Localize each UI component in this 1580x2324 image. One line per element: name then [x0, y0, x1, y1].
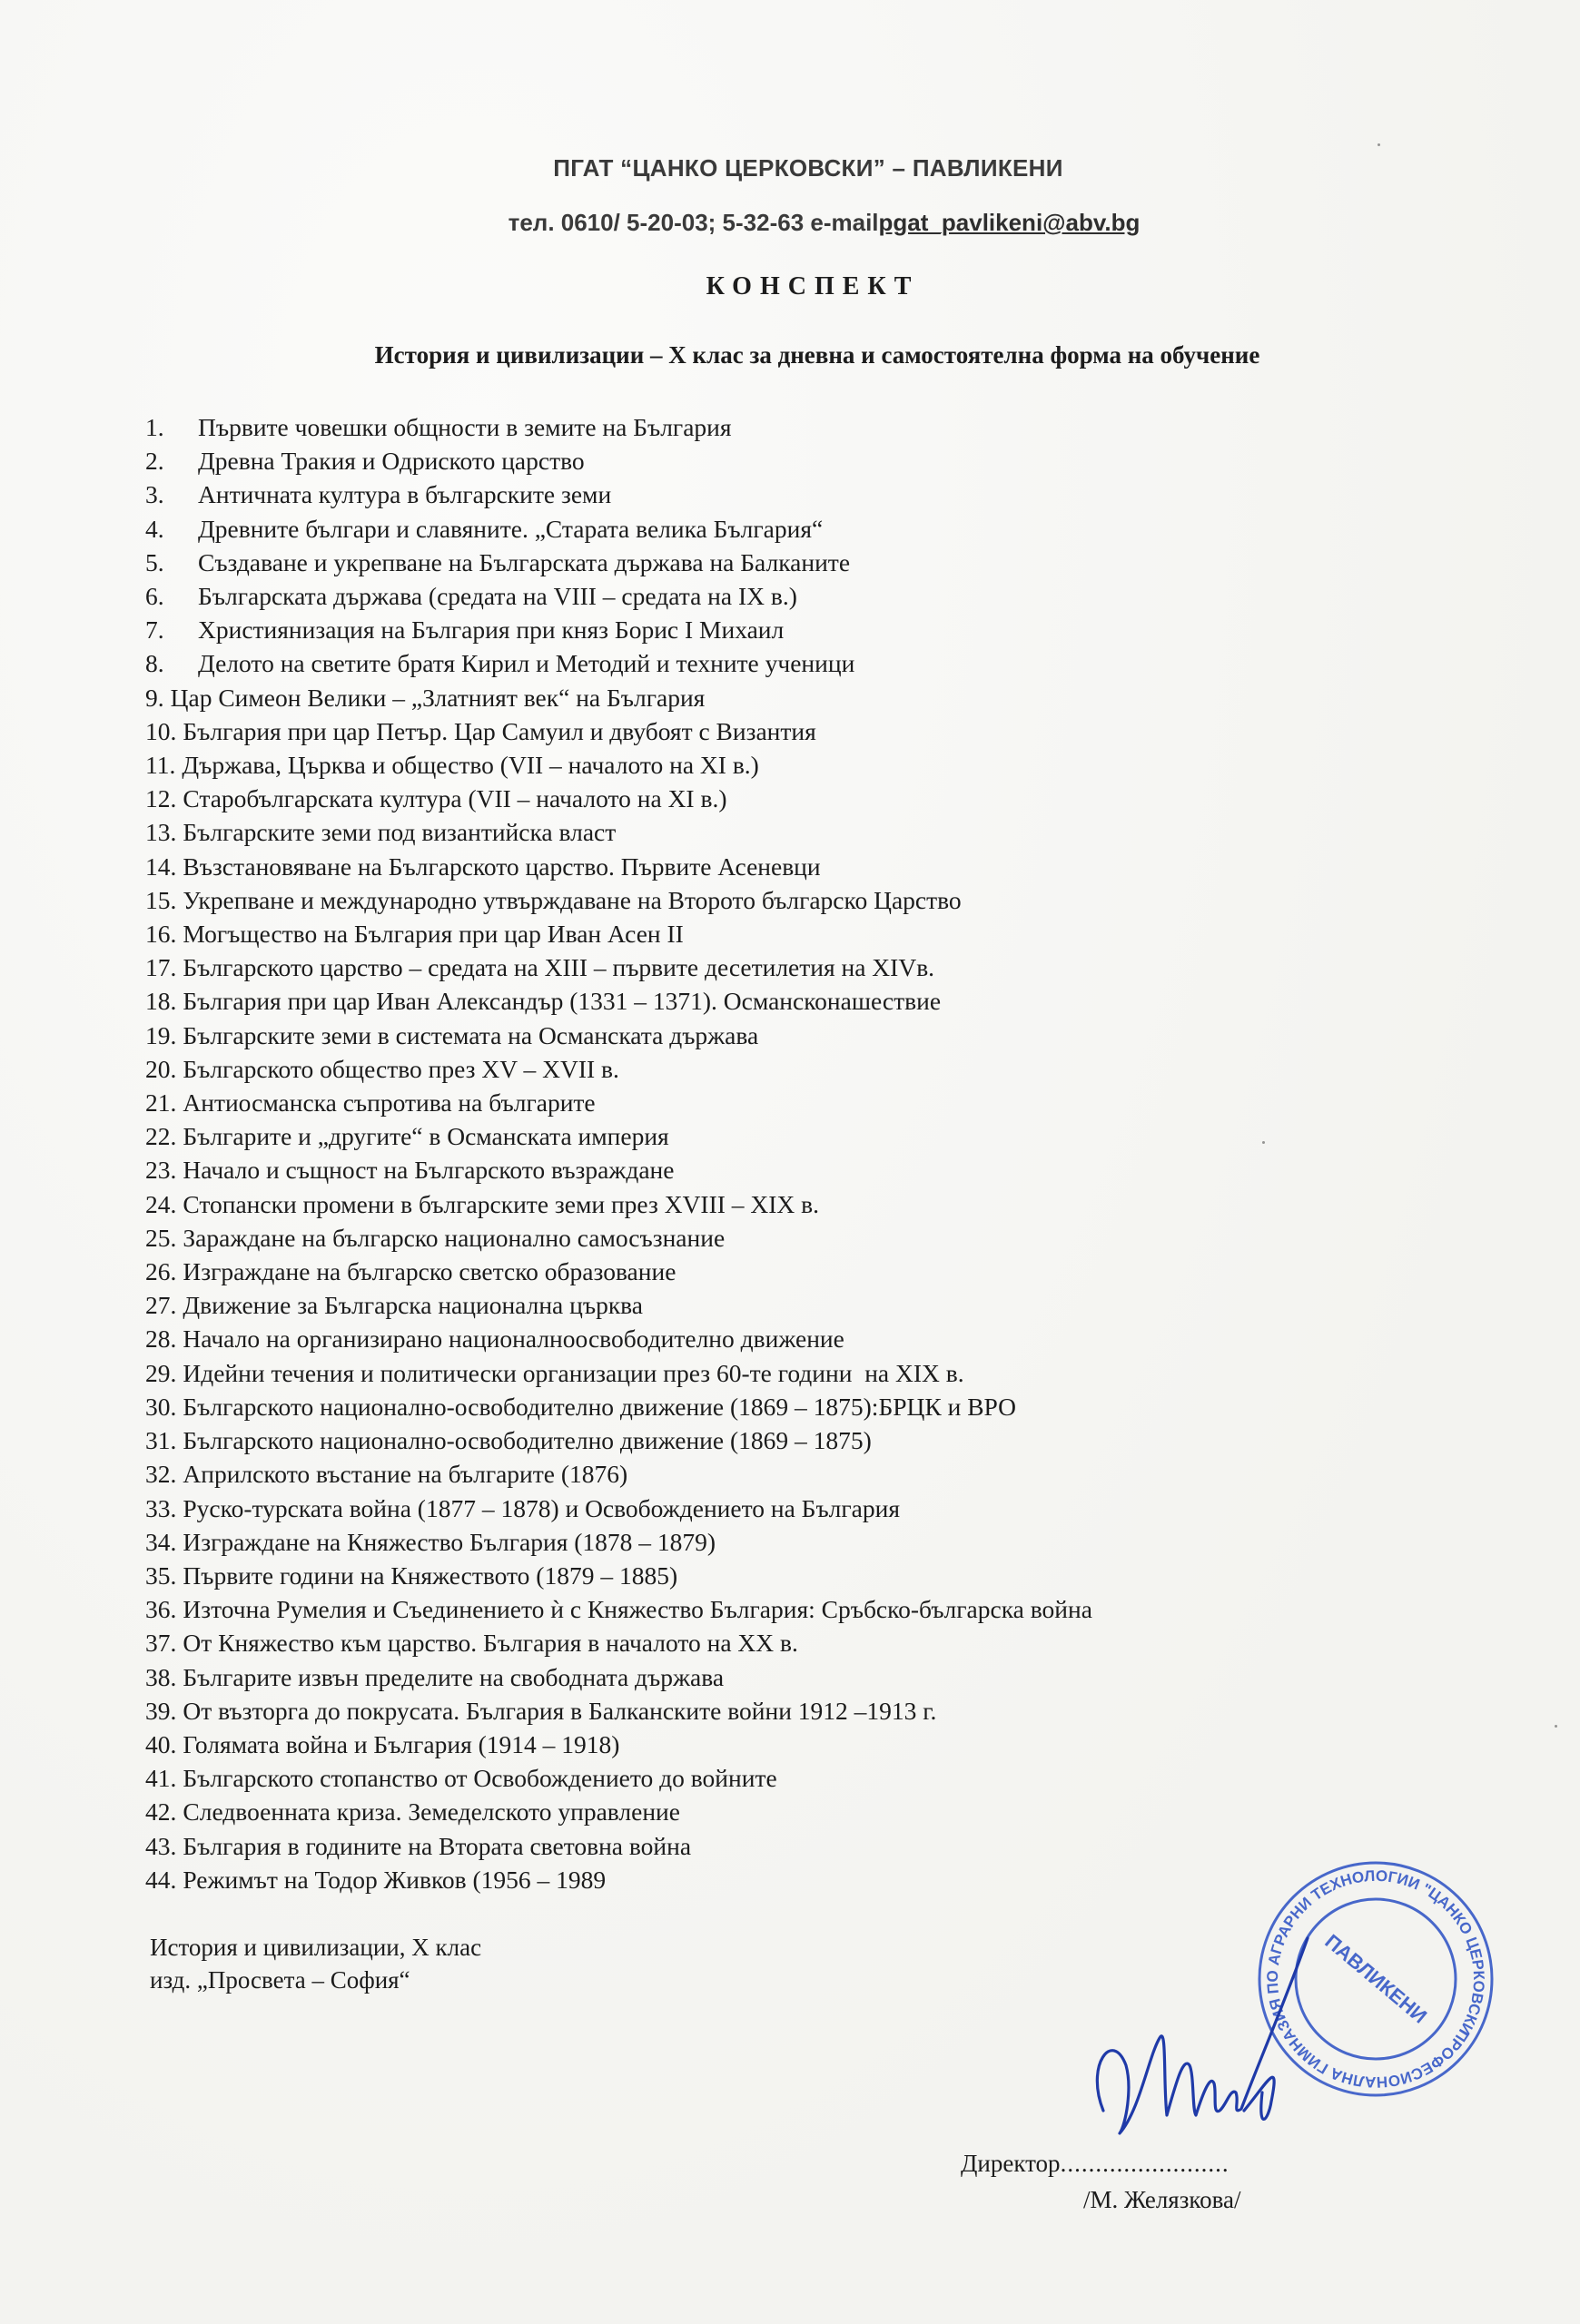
topic-number: 31. — [145, 1423, 176, 1457]
school-name: ПГАТ “ЦАНКО ЦЕРКОВСКИ” – ПАВЛИКЕНИ — [0, 154, 1580, 182]
topic-item: 7.Християнизация на България при княз Бо… — [145, 613, 1092, 646]
topic-text: Начало на организирано националноосвобод… — [183, 1324, 844, 1353]
topic-item: 40.Голямата война и България (1914 – 191… — [145, 1728, 1092, 1761]
topic-number: 22. — [145, 1119, 176, 1153]
topic-item: 6.Българската държава (средата на VIII –… — [145, 579, 1092, 613]
topic-number: 35. — [145, 1559, 176, 1592]
topic-text: Режимът на Тодор Живков (1956 – 1989 — [183, 1866, 606, 1894]
topic-item: 27.Движение за Българска национална църк… — [145, 1288, 1092, 1322]
topic-number: 29. — [145, 1356, 176, 1390]
topic-number: 6. — [145, 579, 198, 613]
topic-text: България при цар Петър. Цар Самуил и дву… — [183, 717, 815, 745]
topic-item: 12.Старобългарската култура (VII – начал… — [145, 782, 1092, 815]
topic-item: 22.Българите и „другите“ в Османската им… — [145, 1119, 1092, 1153]
topic-number: 34. — [145, 1525, 176, 1559]
topic-text: Държава, Църква и общество (VII – начало… — [182, 751, 758, 779]
topic-number: 36. — [145, 1592, 176, 1626]
topic-item: 33.Руско-турската война (1877 – 1878) и … — [145, 1492, 1092, 1525]
topic-text: Делото на светите братя Кирил и Методий … — [198, 649, 854, 677]
topic-text: Древна Тракия и Одриското царство — [198, 447, 585, 475]
topic-item: 17.Българското царство – средата на XIII… — [145, 950, 1092, 984]
topic-item: 19.Българските земи в системата на Осман… — [145, 1019, 1092, 1052]
topic-text: Източна Румелия и Съединението ѝ с Княже… — [183, 1595, 1092, 1623]
topic-number: 30. — [145, 1390, 176, 1423]
topic-number: 20. — [145, 1052, 176, 1086]
topic-number: 23. — [145, 1153, 176, 1187]
topic-number: 9. — [145, 681, 164, 714]
director-signature-line: Директор........................ — [961, 2150, 1229, 2178]
topic-text: Древните българи и славяните. „Старата в… — [198, 515, 823, 543]
topic-text: Първите години на Княжеството (1879 – 18… — [183, 1561, 677, 1590]
topic-item: 36.Източна Румелия и Съединението ѝ с Кн… — [145, 1592, 1092, 1626]
topic-number: 37. — [145, 1626, 176, 1659]
topic-item: 10.България при цар Петър. Цар Самуил и … — [145, 714, 1092, 748]
topic-number: 5. — [145, 546, 198, 579]
topic-number: 40. — [145, 1728, 176, 1761]
topic-item: 41.Българското стопанство от Освобождени… — [145, 1761, 1092, 1795]
topic-text: Стопански промени в българските земи пре… — [183, 1190, 819, 1218]
topic-item: 38.Българите извън пределите на свободна… — [145, 1660, 1092, 1694]
topic-text: Българската държава (средата на VIII – с… — [198, 582, 797, 610]
scan-speck — [1555, 1725, 1557, 1728]
topic-text: Българското национално-освободително дви… — [183, 1426, 871, 1454]
topic-number: 44. — [145, 1863, 176, 1896]
topic-item: 39.От възторга до покрусата. България в … — [145, 1694, 1092, 1728]
topic-number: 16. — [145, 917, 176, 950]
topic-item: 16.Могъщество на България при цар Иван А… — [145, 917, 1092, 950]
topic-text: Руско-турската война (1877 – 1878) и Осв… — [183, 1494, 900, 1522]
topic-text: От възторга до покрусата. България в Бал… — [183, 1697, 936, 1725]
topic-number: 41. — [145, 1761, 176, 1795]
topic-number: 7. — [145, 613, 198, 646]
topic-text: Идейни течения и политически организации… — [183, 1359, 963, 1387]
topic-item: 2.Древна Тракия и Одриското царство — [145, 444, 1092, 478]
topic-item: 13.Българските земи под византийска влас… — [145, 815, 1092, 849]
topic-number: 39. — [145, 1694, 176, 1728]
topic-item: 18.България при цар Иван Александър (133… — [145, 984, 1092, 1018]
topic-item: 31.Българското национално-освободително … — [145, 1423, 1092, 1457]
topic-text: Изграждане на Княжество България (1878 –… — [183, 1528, 716, 1556]
topic-text: От Княжество към царство. България в нач… — [183, 1629, 798, 1657]
topic-number: 21. — [145, 1086, 176, 1119]
topic-item: 25.Зараждане на българско национално сам… — [145, 1221, 1092, 1255]
email-link[interactable]: pgat_pavlikeni@abv.bg — [879, 209, 1141, 236]
textbook-publisher: изд. „Просвета – София“ — [150, 1964, 481, 1996]
topic-number: 24. — [145, 1187, 176, 1221]
topic-text: Априлското въстание на българите (1876) — [183, 1460, 627, 1488]
contact-phones: тел. 0610/ 5-20-03; 5-32-63 e-mail — [509, 209, 879, 236]
topic-number: 3. — [145, 478, 198, 511]
topic-text: Антиосманска съпротива на българите — [183, 1088, 595, 1117]
topic-text: Българските земи в системата на Османска… — [183, 1021, 758, 1049]
topic-number: 19. — [145, 1019, 176, 1052]
topic-number: 15. — [145, 883, 176, 917]
topic-number: 38. — [145, 1660, 176, 1694]
topic-number: 8. — [145, 646, 198, 680]
topic-text: Българското национално-освободително дви… — [183, 1393, 1016, 1421]
topic-item: 9.Цар Симеон Велики – „Златният век“ на … — [145, 681, 1092, 714]
topic-item: 32.Априлското въстание на българите (187… — [145, 1457, 1092, 1491]
topic-text: Изграждане на българско светско образова… — [183, 1257, 676, 1285]
topic-item: 35.Първите години на Княжеството (1879 –… — [145, 1559, 1092, 1592]
topic-item: 43.България в годините на Втората светов… — [145, 1829, 1092, 1863]
topics-list: 1.Първите човешки общности в земите на Б… — [145, 410, 1092, 1896]
director-label: Директор — [961, 2150, 1061, 2177]
topic-number: 17. — [145, 950, 176, 984]
topic-item: 44.Режимът на Тодор Живков (1956 – 1989 — [145, 1863, 1092, 1896]
topic-item: 4.Древните българи и славяните. „Старата… — [145, 512, 1092, 546]
topic-number: 27. — [145, 1288, 176, 1322]
topic-text: Първите човешки общности в земите на Бъл… — [198, 413, 732, 441]
topic-item: 1.Първите човешки общности в земите на Б… — [145, 410, 1092, 444]
document-title: КОНСПЕКТ — [0, 272, 1580, 301]
scan-speck — [1262, 1141, 1265, 1144]
topic-text: Голямата война и България (1914 – 1918) — [183, 1730, 619, 1758]
topic-item: 29.Идейни течения и политически организа… — [145, 1356, 1092, 1390]
director-signature-icon — [1076, 1929, 1312, 2147]
topic-text: Старобългарската култура (VII – началото… — [183, 784, 726, 812]
topic-number: 42. — [145, 1795, 176, 1828]
topic-number: 14. — [145, 850, 176, 883]
topic-number: 4. — [145, 512, 198, 546]
topic-item: 42.Следвоенната криза. Земеделското упра… — [145, 1795, 1092, 1828]
topic-number: 33. — [145, 1492, 176, 1525]
topic-text: Следвоенната криза. Земеделското управле… — [183, 1797, 680, 1826]
topic-number: 18. — [145, 984, 176, 1018]
topic-number: 28. — [145, 1322, 176, 1355]
topic-item: 37.От Княжество към царство. България в … — [145, 1626, 1092, 1659]
topic-text: Българите извън пределите на свободната … — [183, 1663, 724, 1691]
topic-text: Могъщество на България при цар Иван Асен… — [183, 920, 683, 948]
topic-text: Християнизация на България при княз Бори… — [198, 615, 784, 644]
topic-item: 5.Създаване и укрепване на Българската д… — [145, 546, 1092, 579]
topic-item: 8.Делото на светите братя Кирил и Методи… — [145, 646, 1092, 680]
topic-number: 43. — [145, 1829, 176, 1863]
topic-text: Създаване и укрепване на Българската дър… — [198, 548, 850, 576]
topic-text: Цар Симеон Велики – „Златният век“ на Бъ… — [171, 684, 706, 712]
topic-text: Движение за Българска национална църква — [183, 1291, 643, 1319]
topic-number: 11. — [145, 748, 175, 782]
topic-item: 21.Антиосманска съпротива на българите — [145, 1086, 1092, 1119]
topic-text: Възстановяване на Българското царство. П… — [183, 852, 820, 881]
topic-item: 23.Начало и същност на Българското възра… — [145, 1153, 1092, 1187]
textbook-title: История и цивилизации, Х клас — [150, 1931, 481, 1964]
topic-number: 12. — [145, 782, 176, 815]
topic-text: Българите и „другите“ в Османската импер… — [183, 1122, 668, 1150]
topic-item: 34.Изграждане на Княжество България (187… — [145, 1525, 1092, 1559]
topic-text: Българското царство – средата на XIII – … — [183, 953, 934, 981]
document-subtitle: История и цивилизации – Х клас за дневна… — [0, 341, 1580, 369]
svg-text:ПАВЛИКЕНИ: ПАВЛИКЕНИ — [1320, 1930, 1431, 2028]
topic-item: 24.Стопански промени в българските земи … — [145, 1187, 1092, 1221]
topic-number: 32. — [145, 1457, 176, 1491]
topic-item: 20.Българското общество през XV – XVII в… — [145, 1052, 1092, 1086]
topic-text: България в годините на Втората световна … — [183, 1832, 691, 1860]
signature-dots: ........................ — [1061, 2150, 1229, 2177]
topic-text: Българските земи под византийска власт — [183, 818, 616, 846]
topic-text: Античната култура в българските земи — [198, 480, 611, 508]
topic-item: 26.Изграждане на българско светско образ… — [145, 1255, 1092, 1288]
topic-item: 11.Държава, Църква и общество (VII – нач… — [145, 748, 1092, 782]
topic-text: Укрепване и международно утвърждаване на… — [183, 886, 961, 914]
topic-text: Начало и същност на Българското възражда… — [183, 1156, 674, 1184]
topic-number: 13. — [145, 815, 176, 849]
topic-text: Българското общество през XV – XVII в. — [183, 1055, 619, 1083]
topic-number: 25. — [145, 1221, 176, 1255]
topic-item: 3.Античната култура в българските земи — [145, 478, 1092, 511]
scan-speck — [1378, 143, 1380, 146]
topic-number: 10. — [145, 714, 176, 748]
topic-text: Българското стопанство от Освобождението… — [183, 1764, 776, 1792]
topic-number: 1. — [145, 410, 198, 444]
topic-item: 14.Възстановяване на Българското царство… — [145, 850, 1092, 883]
director-name: /М. Желязкова/ — [1083, 2186, 1241, 2214]
topic-text: България при цар Иван Александър (1331 –… — [183, 987, 941, 1015]
topic-item: 28.Начало на организирано националноосво… — [145, 1322, 1092, 1355]
topic-number: 2. — [145, 444, 198, 478]
contact-line: тел. 0610/ 5-20-03; 5-32-63 e-mailpgat_p… — [0, 209, 1580, 237]
topic-text: Зараждане на българско национално самосъ… — [183, 1224, 725, 1252]
topic-number: 26. — [145, 1255, 176, 1288]
textbook-reference: История и цивилизации, Х клас изд. „Прос… — [150, 1931, 481, 1996]
topic-item: 15.Укрепване и международно утвърждаване… — [145, 883, 1092, 917]
topic-item: 30.Българското национално-освободително … — [145, 1390, 1092, 1423]
